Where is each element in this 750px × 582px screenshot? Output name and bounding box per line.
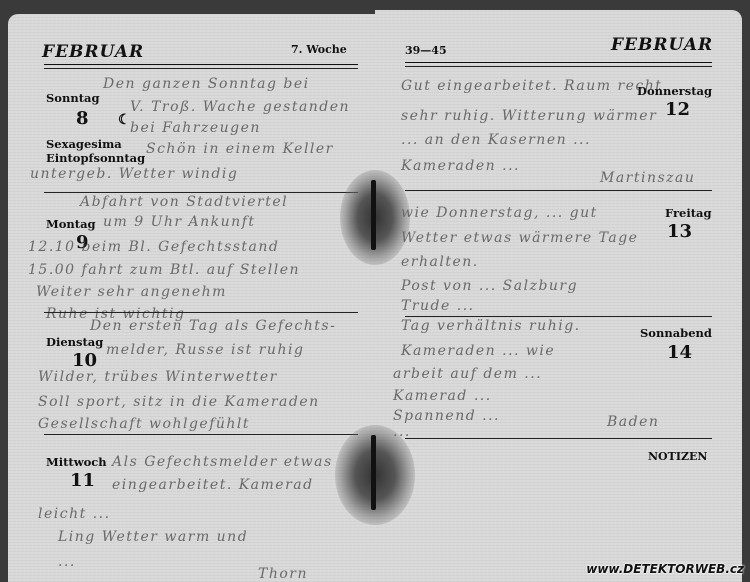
day-number-13: 13 [667, 221, 692, 242]
right-month-title: FEBRUAR [611, 35, 713, 55]
handwriting-line: V. Troß. Wache gestanden [130, 99, 350, 115]
day-divider [44, 434, 358, 435]
day-divider [405, 316, 712, 317]
day-divider [405, 190, 712, 191]
day-name-sonntag: Sonntag [46, 91, 100, 105]
handwriting-line: arbeit auf dem ... [393, 366, 542, 382]
header-rule [405, 62, 712, 63]
header-rule-thin [405, 66, 712, 67]
watermark: www.DETEKTORWEB.cz [586, 562, 744, 576]
day-number-8: 8 [76, 108, 89, 129]
header-rule [44, 64, 358, 65]
handwriting-line: Den ganzen Sonntag bei [103, 76, 310, 92]
day-name-sonnabend: Sonnabend [640, 326, 712, 340]
handwriting-line: Trude ... [401, 298, 475, 314]
handwriting-line: ... an den Kasernen ... [401, 132, 591, 148]
handwriting-line: erhalten. [401, 254, 479, 270]
handwriting-line: Als Gefechtsmelder etwas [112, 454, 333, 470]
handwriting-line: Den ersten Tag als Gefechts- [90, 318, 336, 334]
day-number-14: 14 [667, 342, 692, 363]
handwriting-line: sehr ruhig. Witterung wärmer [401, 108, 657, 124]
handwriting-line: Weiter sehr angenehm [36, 284, 227, 300]
handwriting-signature: Thorn [258, 566, 308, 582]
handwriting-line: melder, Russe ist ruhig [106, 342, 304, 358]
day-number-11: 11 [70, 470, 95, 491]
left-month-title: FEBRUAR [42, 42, 144, 62]
handwriting-line: eingearbeitet. Kamerad [112, 477, 314, 493]
day-divider [405, 438, 712, 439]
handwriting-line: Wetter etwas wärmere Tage [401, 230, 638, 246]
binding-thread-lower [371, 435, 376, 510]
note-sexagesima: Sexagesima [46, 137, 122, 151]
handwriting-line: leicht ... [38, 506, 111, 522]
header-rule-thin [44, 68, 358, 69]
handwriting-line: Kameraden ... [401, 158, 520, 174]
handwriting-line: Kameraden ... wie [401, 343, 555, 359]
handwriting-line: Wilder, trübes Winterwetter [38, 369, 278, 385]
right-diary-page: 39—45 FEBRUAR Donnerstag 12 Gut eingearb… [375, 10, 742, 582]
day-name-freitag: Freitag [665, 206, 712, 220]
week-label: 7. Woche [291, 43, 347, 56]
handwriting-line: Post von ... Salzburg [401, 278, 578, 294]
handwriting-line: Spannend ... [393, 408, 500, 424]
handwriting-line: Abfahrt von Stadtviertel [80, 194, 288, 210]
handwriting-signature: Martinszau [600, 170, 695, 186]
handwriting-line: Ling Wetter warm und [58, 529, 248, 545]
handwriting-line: untergeb. Wetter windig [30, 166, 238, 182]
left-diary-page: FEBRUAR 7. Woche Sonntag 8 ☾ Sexagesima … [8, 14, 375, 582]
year-range-label: 39—45 [405, 44, 447, 57]
handwriting-line: um 9 Uhr Ankunft [103, 214, 256, 230]
notes-label: NOTIZEN [648, 450, 707, 463]
binding-thread-upper [371, 180, 376, 250]
handwriting-line: Gesellschaft wohlgefühlt [38, 416, 250, 432]
day-number-10: 10 [72, 350, 97, 371]
handwriting-line: Gut eingearbeitet. Raum recht [401, 78, 662, 94]
handwriting-line: Tag verhältnis ruhig. [401, 318, 581, 334]
day-divider [44, 312, 358, 313]
day-number-12: 12 [665, 99, 690, 120]
day-name-montag: Montag [46, 217, 96, 231]
handwriting-line: Soll sport, sitz in die Kameraden [38, 394, 320, 410]
handwriting-line: bei Fahrzeugen [130, 120, 261, 136]
handwriting-line: 15.00 fahrt zum Btl. auf Stellen [28, 262, 300, 278]
moon-phase-icon: ☾ [118, 112, 131, 128]
handwriting-signature: Baden [607, 414, 659, 430]
handwriting-line: Kamerad ... [393, 388, 492, 404]
handwriting-line: ... [58, 554, 76, 570]
day-divider [44, 192, 358, 193]
handwriting-line: 12.10 beim Bl. Gefechtsstand [28, 239, 279, 255]
day-name-dienstag: Dienstag [46, 335, 103, 349]
note-eintopfsonntag: Eintopfsonntag [46, 151, 145, 165]
handwriting-line: Schön in einem Keller [146, 141, 334, 157]
day-name-mittwoch: Mittwoch [46, 455, 107, 469]
handwriting-line: wie Donnerstag, ... gut [401, 205, 598, 221]
